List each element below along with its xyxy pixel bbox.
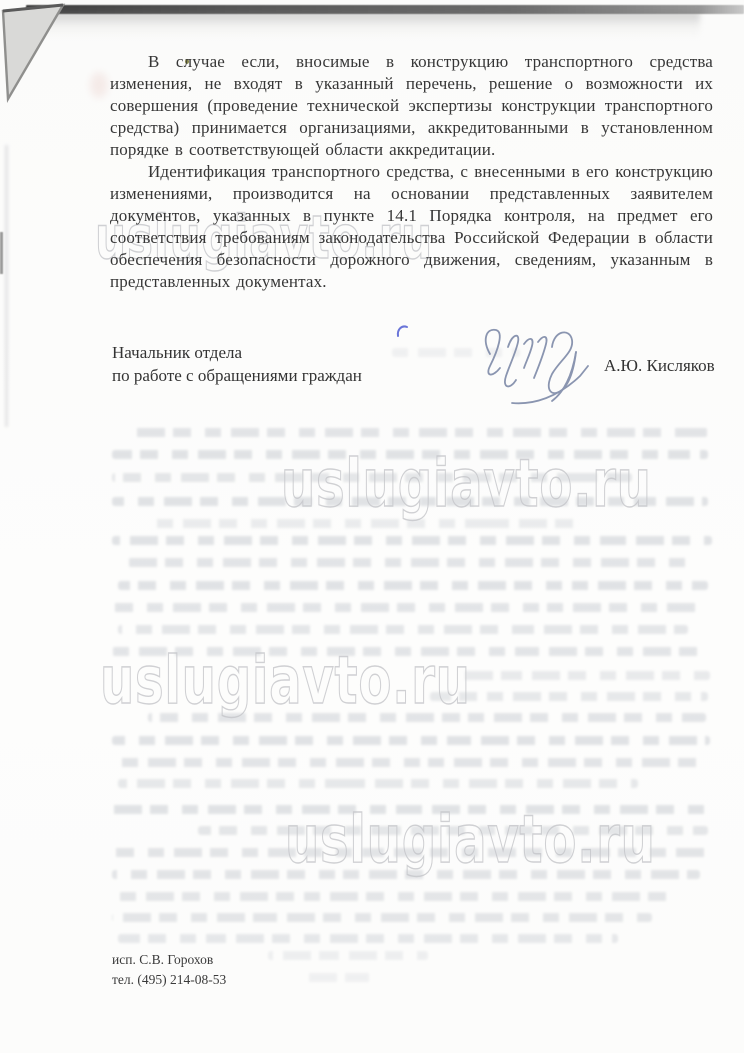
bleedthrough-line [128,428,708,437]
bleedthrough-line [118,934,618,943]
bleedthrough-line [118,581,708,590]
bleedthrough-line [112,736,710,745]
bleedthrough-line [430,692,708,701]
signer-position-line1: Начальник отдела [112,341,362,364]
signer-position: Начальник отдела по работе с обращениями… [112,341,362,387]
bleedthrough-line [455,671,710,680]
scanned-document-page: uslugiavto.ru uslugiavto.ru uslugiavto.r… [0,0,744,1053]
watermark: uslugiavto.ru [285,807,656,873]
bleedthrough-line [128,558,694,567]
signer-name: А.Ю. Кисляков [604,356,715,376]
bleedthrough-line [305,973,375,982]
bleedthrough-line [268,951,428,960]
blue-ink-mark [396,323,410,339]
paragraph-1: В случае если, вносимые в конструкцию тр… [110,51,713,161]
bleedthrough-line [112,603,700,612]
executor-phone: тел. (495) 214-08-53 [112,970,226,990]
paragraph-2: Идентификация транспортного средства, с … [110,161,713,293]
executor-footer: исп. С.В. Горохов тел. (495) 214-08-53 [112,950,226,990]
bleedthrough-line [118,625,688,634]
bleedthrough-line [112,913,652,922]
handwritten-signature [452,316,608,412]
watermark: uslugiavto.ru [100,648,471,714]
bleedthrough-line [118,892,678,901]
document-body: В случае если, вносимые в конструкцию тр… [110,51,713,293]
watermark: uslugiavto.ru [281,451,652,517]
signer-position-line2: по работе с обращениями граждан [112,364,362,387]
executor-name: исп. С.В. Горохов [112,950,226,970]
bleedthrough-line [112,536,712,545]
bleedthrough-line [112,758,700,767]
bleedthrough-line [118,779,638,788]
